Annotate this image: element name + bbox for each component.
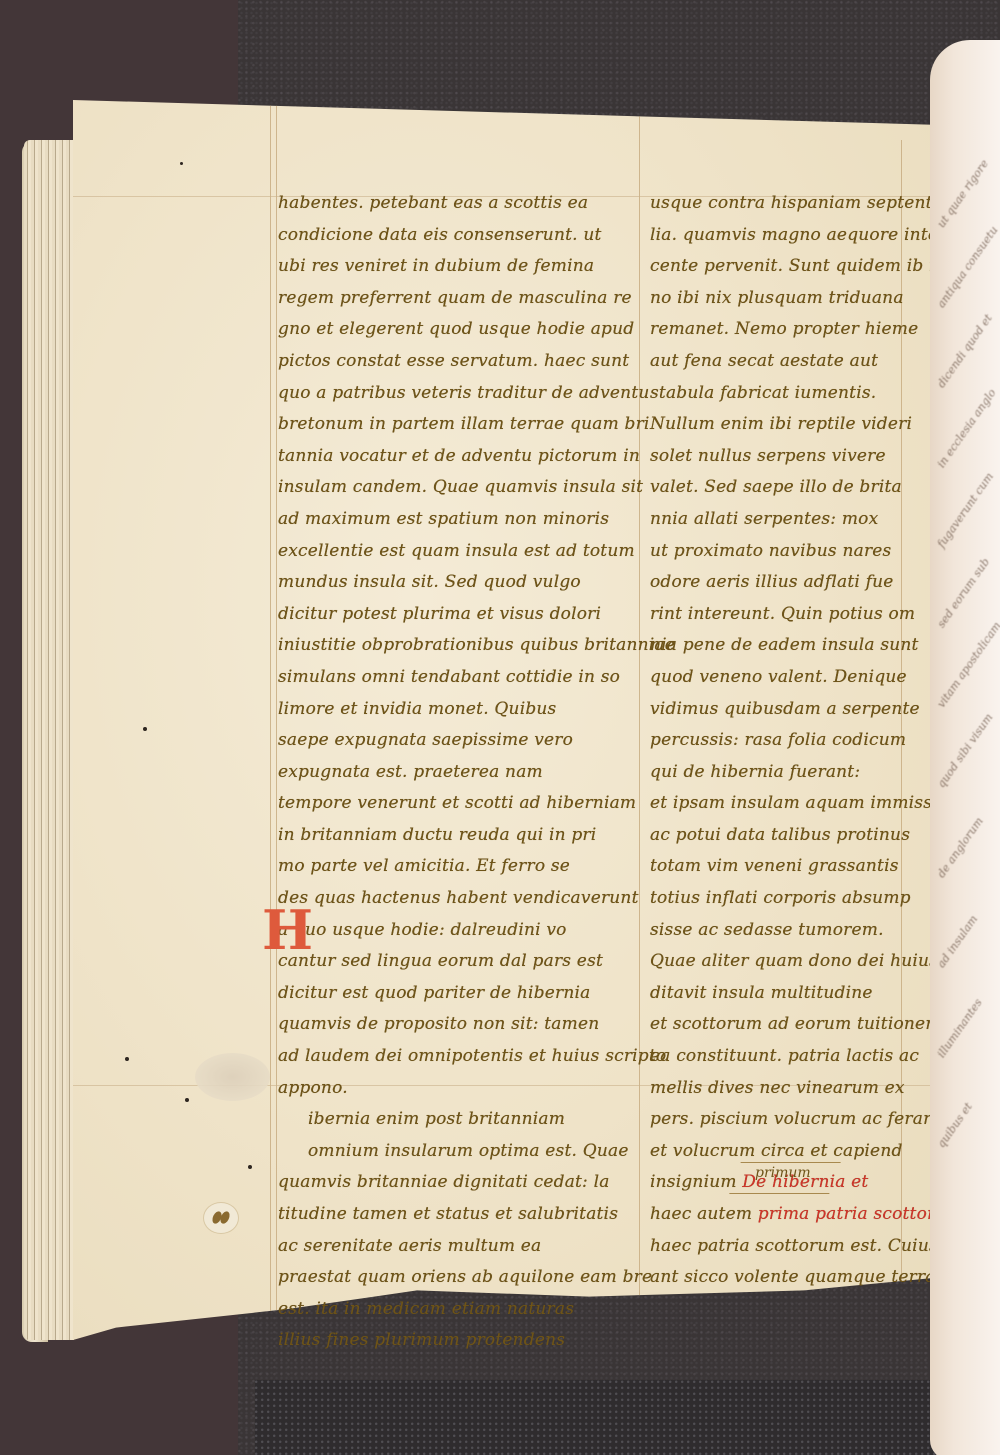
text-line: no ibi nix plusquam triduana <box>650 283 910 315</box>
text-line: haec patria scottorum est. Cuius <box>650 1231 910 1263</box>
text-line: est. ita in medicam etiam naturas <box>278 1294 608 1326</box>
text-line: ac serenitate aeris multum ea <box>278 1231 608 1263</box>
left-column: habentes. petebant eas a scottis ea cond… <box>278 188 608 1357</box>
text-line: ant sicco volente quamque terra <box>650 1262 910 1294</box>
text-line: excellentie est quam insula est ad totum <box>278 536 608 568</box>
catchword: primum <box>755 1165 811 1181</box>
text-fragment: insignium <box>650 1172 737 1192</box>
text-line: mo parte vel amicitia. Et ferro se <box>278 851 608 883</box>
right-column: usque contra hispaniam septentriona lia.… <box>650 188 910 1294</box>
text-line: ditavit insula multitudine <box>650 978 910 1010</box>
text-line: insulam candem. Quae quamvis insula sit <box>278 472 608 504</box>
ink-dot <box>143 727 147 731</box>
text-line: des quas hactenus habent vendicaverunt <box>278 883 608 915</box>
text-line: ibernia enim post britanniam <box>278 1104 608 1136</box>
ruling-column-divider <box>639 100 640 1340</box>
text-line: odore aeris illius adflati fue <box>650 567 910 599</box>
text-line: praestat quam oriens ab aquilone eam bre <box>278 1262 608 1294</box>
text-line: pers. piscium volucrum ac ferarum <box>650 1104 910 1136</box>
ink-dot <box>180 162 183 165</box>
text-line: rint intereunt. Quin potius om <box>650 599 910 631</box>
text-line: cente pervenit. Sunt quidem ib ia <box>650 251 910 283</box>
text-line: Nullum enim ibi reptile videri <box>650 409 910 441</box>
text-line: quo a patribus veteris traditur de adven… <box>278 378 608 410</box>
page-block-edges <box>24 140 74 1340</box>
parchment-hole <box>203 1202 239 1234</box>
ink-dot <box>248 1165 252 1169</box>
text-line: tannia vocatur et de adventu pictorum in <box>278 441 608 473</box>
text-line: tempore venerunt et scotti ad hiberniam <box>278 788 608 820</box>
text-line: sisse ac sedasse tumorem. <box>650 915 910 947</box>
facing-text: sed eorum sub <box>935 556 993 631</box>
text-line: solet nullus serpens vivere <box>650 441 910 473</box>
text-line: simulans omni tendabant cottidie in so <box>278 662 608 694</box>
text-line: valet. Sed saepe illo de brita <box>650 472 910 504</box>
text-line: appono. <box>278 1073 608 1105</box>
text-line: ad maximum est spatium non minoris <box>278 504 608 536</box>
facing-text: in ecclesia anglo <box>935 387 999 471</box>
text-line: quamvis de proposito non sit: tamen <box>278 1009 608 1041</box>
facing-text: dicendi quod et <box>935 312 995 390</box>
text-line: ea constituunt. patria lactis ac <box>650 1041 910 1073</box>
background-foam-bottom <box>255 1380 935 1455</box>
text-line: a quo usque hodie: dalreudini vo <box>278 915 608 947</box>
parchment-stain <box>195 1053 270 1101</box>
text-line: quamvis britanniae dignitati cedat: la <box>278 1167 608 1199</box>
ink-dot <box>185 1098 189 1102</box>
text-line: qui de hibernia fuerant: <box>650 757 910 789</box>
text-line: ad laudem dei omnipotentis et huius scri… <box>278 1041 608 1073</box>
text-line: dicitur est quod pariter de hibernia <box>278 978 608 1010</box>
text-line: cantur sed lingua eorum dal pars est <box>278 946 608 978</box>
facing-text: vitam apostolicam <box>935 619 1000 710</box>
text-line: ac potui data talibus protinus <box>650 820 910 852</box>
text-line: regem preferrent quam de masculina re <box>278 283 608 315</box>
facing-text: ad insulam <box>935 913 981 970</box>
text-line: condicione data eis consenserunt. ut <box>278 220 608 252</box>
text-line: usque contra hispaniam septentriona <box>650 188 910 220</box>
facing-text: de anglorum <box>935 815 986 880</box>
facing-text: quibus et <box>935 1100 975 1150</box>
decorated-initial: H <box>262 905 304 955</box>
text-line: iniustitie obprobrationibus quibus brita… <box>278 630 608 662</box>
facing-text: fugaverunt cum <box>935 470 996 550</box>
text-line: limore et invidia monet. Quibus <box>278 694 608 726</box>
text-line: totius inflati corporis absump <box>650 883 910 915</box>
text-line: habentes. petebant eas a scottis ea <box>278 188 608 220</box>
text-line: nia pene de eadem insula sunt <box>650 630 910 662</box>
text-line: totam vim veneni grassantis <box>650 851 910 883</box>
ruling-left-inner <box>276 100 277 1340</box>
text-line: quod veneno valent. Denique <box>650 662 910 694</box>
text-line: remanet. Nemo propter hieme <box>650 314 910 346</box>
ruling-left-outer <box>270 100 271 1340</box>
text-line: expugnata est. praeterea nam <box>278 757 608 789</box>
facing-page-edge: ut quae rigore antiqua consuetu dicendi … <box>930 40 1000 1455</box>
text-line: omnium insularum optima est. Quae <box>278 1136 608 1168</box>
text-line: gno et elegerent quod usque hodie apud <box>278 314 608 346</box>
text-line: percussis: rasa folia codicum <box>650 725 910 757</box>
ink-dot <box>125 1057 129 1061</box>
text-line: titudine tamen et status et salubritatis <box>278 1199 608 1231</box>
text-line: in britanniam ductu reuda qui in pri <box>278 820 608 852</box>
text-line: ubi res veniret in dubium de femina <box>278 251 608 283</box>
text-line: vidimus quibusdam a serpente <box>650 694 910 726</box>
text-line: ut proximato navibus nares <box>650 536 910 568</box>
rubric-line: haec autem prima patria scottorum <box>650 1199 910 1231</box>
text-line: stabula fabricat iumentis. <box>650 378 910 410</box>
text-line: lia. quamvis magno aequore interia <box>650 220 910 252</box>
text-line: illius fines plurimum protendens <box>278 1325 608 1357</box>
text-line: Quae aliter quam dono dei huius <box>650 946 910 978</box>
text-line: bretonum in partem illam terrae quam bri <box>278 409 608 441</box>
text-line: dicitur potest plurima et visus dolori <box>278 599 608 631</box>
facing-text: illuminantes <box>935 996 985 1060</box>
facing-text: ut quae rigore <box>935 157 991 230</box>
text-line: pictos constat esse servatum. haec sunt <box>278 346 608 378</box>
text-line: mellis dives nec vinearum ex <box>650 1073 910 1105</box>
text-fragment: haec autem <box>650 1204 752 1224</box>
text-line: et scottorum ad eorum tuitionem i <box>650 1009 910 1041</box>
text-line: saepe expugnata saepissime vero <box>278 725 608 757</box>
text-line: aut fena secat aestate aut <box>650 346 910 378</box>
facing-text: antiqua consuetu <box>935 224 1000 310</box>
text-line: mundus insula sit. Sed quod vulgo <box>278 567 608 599</box>
text-line: et ipsam insulam aquam immissa <box>650 788 910 820</box>
facing-text: quod sibi visum <box>935 711 996 790</box>
text-line: nnia allati serpentes: mox <box>650 504 910 536</box>
